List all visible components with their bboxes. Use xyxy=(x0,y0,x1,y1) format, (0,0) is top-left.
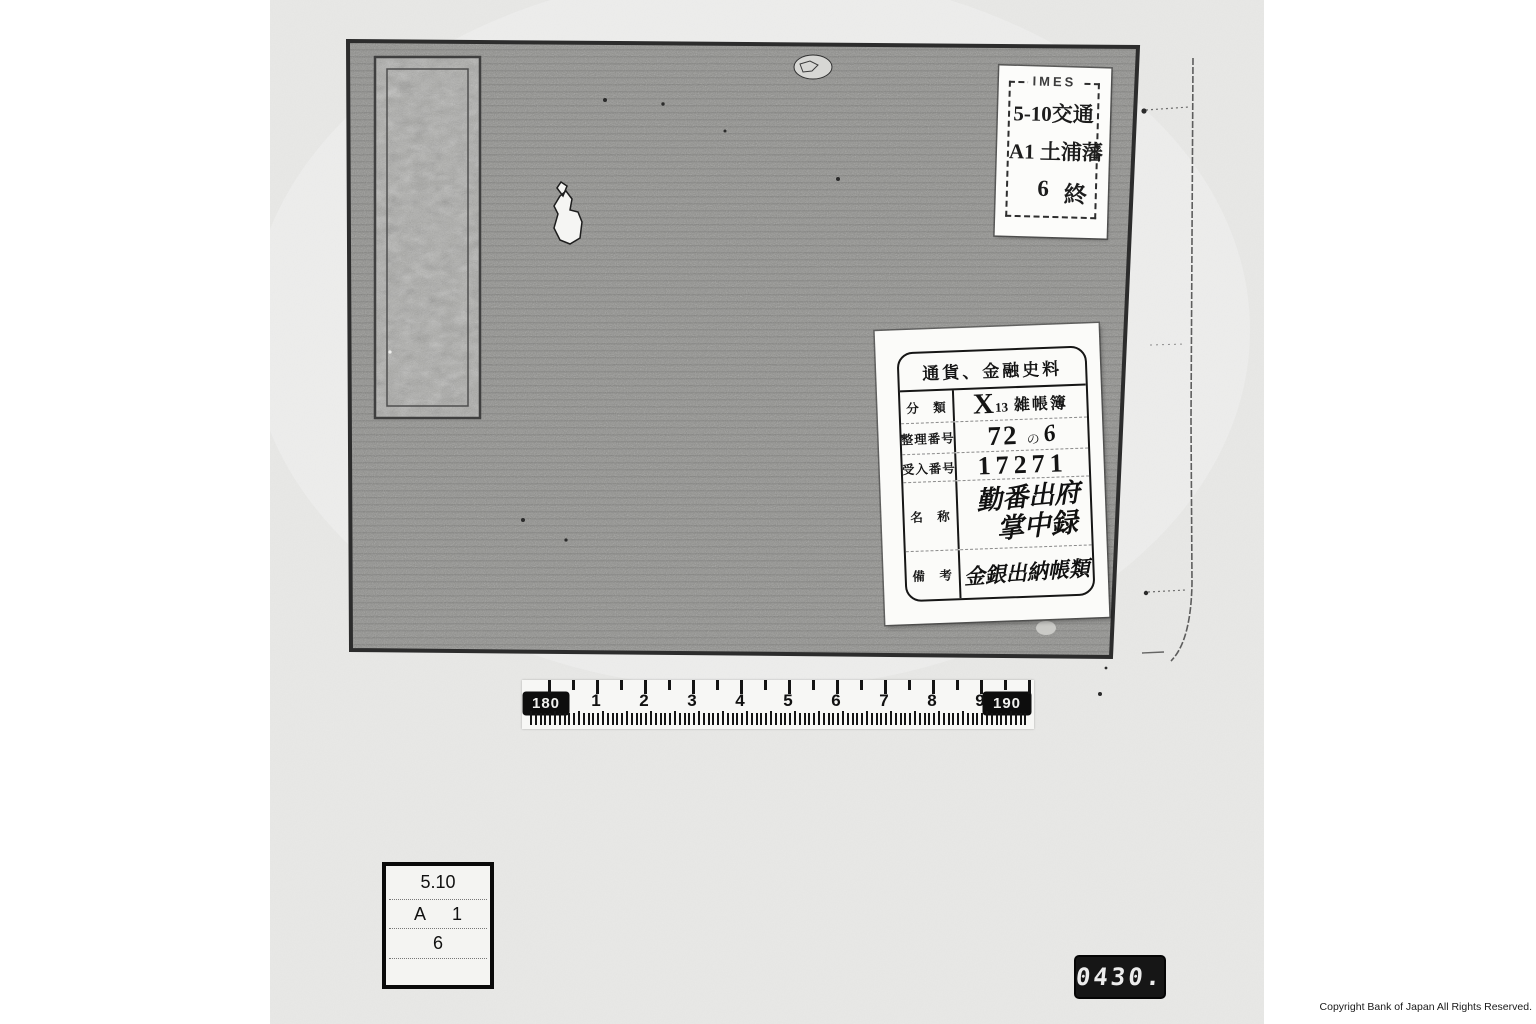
accession-label: 受入番号 xyxy=(902,453,957,482)
classification-corner-box: 5.10 A 1 6 xyxy=(382,862,494,989)
ruler-mm-tick xyxy=(770,711,772,725)
ruler-mm-tick xyxy=(986,711,988,725)
ruler-number: 1 xyxy=(591,691,600,711)
ruler-mm-tick xyxy=(900,713,902,725)
ruler-mm-tick xyxy=(943,713,945,725)
ruler-mm-tick xyxy=(1024,713,1026,725)
ruler-mm-tick xyxy=(602,711,604,725)
frame-counter-digits: 0430. xyxy=(1075,963,1165,991)
paper-fleck-small xyxy=(794,55,832,79)
ruler-mm-tick xyxy=(924,713,926,725)
ruler-mm-tick xyxy=(597,713,599,725)
ruler-tick xyxy=(908,680,911,690)
ruler-mm-tick xyxy=(808,713,810,725)
ruler-mm-tick xyxy=(775,713,777,725)
ruler-mm-tick xyxy=(549,713,551,725)
ruler-mm-tick xyxy=(976,713,978,725)
ruler-mm-tick xyxy=(621,713,623,725)
arrangement-value: 72 の 6 xyxy=(955,417,1088,452)
ruler-mm-tick xyxy=(933,713,935,725)
ruler-mm-tick xyxy=(962,711,964,725)
ruler-mm-tick xyxy=(684,713,686,725)
ruler-mm-tick xyxy=(765,713,767,725)
ruler-mm-tick xyxy=(732,713,734,725)
imes-volume-line: 6 終 xyxy=(1008,175,1096,210)
ruler-mm-tick xyxy=(876,713,878,725)
ruler-mm-tick xyxy=(996,713,998,725)
ruler-mm-tick xyxy=(967,713,969,725)
ruler-number: 8 xyxy=(927,691,936,711)
ruler-mm-tick xyxy=(688,713,690,725)
ruler-tick xyxy=(620,680,623,690)
ruler-mm-tick xyxy=(895,713,897,725)
ruler-mm-tick xyxy=(540,713,542,725)
measurement-ruler: 180 190 123456789 xyxy=(522,680,1034,729)
ruler-mm-tick xyxy=(535,713,537,725)
ruler-tick xyxy=(668,680,671,690)
ruler-tick xyxy=(860,680,863,690)
ruler-mm-tick xyxy=(784,713,786,725)
ruler-right-box: 190 xyxy=(984,693,1030,714)
ruler-number: 6 xyxy=(831,691,840,711)
class-category: 雑帳簿 xyxy=(1013,390,1068,415)
ruler-mm-tick xyxy=(818,711,820,725)
title-slip xyxy=(375,57,480,418)
ruler-mm-tick xyxy=(919,713,921,725)
ruler-mm-tick xyxy=(588,713,590,725)
ruler-mm-tick xyxy=(722,711,724,725)
frame-counter: 0430. xyxy=(1076,957,1164,997)
imes-classification-line: 5-10交通 xyxy=(1010,97,1098,129)
ruler-mm-tick xyxy=(1005,713,1007,725)
remarks-label: 備 考 xyxy=(906,550,962,600)
ruler-mm-tick xyxy=(842,711,844,725)
copyright-notice: Copyright Bank of Japan All Rights Reser… xyxy=(1320,1001,1532,1013)
ruler-mm-tick xyxy=(909,713,911,725)
ruler-mm-tick xyxy=(578,711,580,725)
ruler-number: 4 xyxy=(735,691,744,711)
ruler-mm-tick xyxy=(866,711,868,725)
class-label: 分 類 xyxy=(900,390,955,423)
ruler-mm-tick xyxy=(794,711,796,725)
ruler-number: 9 xyxy=(975,691,984,711)
corner-row-section: 5.10 xyxy=(386,866,490,899)
catalog-row-title: 名 称 勤番出府 掌中録 xyxy=(903,475,1091,551)
corner-row-empty xyxy=(389,958,487,985)
arrangement-label: 整理番号 xyxy=(901,422,956,454)
ruler-mm-tick xyxy=(564,713,566,725)
ruler-mm-tick xyxy=(717,713,719,725)
ruler-mm-tick xyxy=(636,713,638,725)
ruler-mm-tick xyxy=(847,713,849,725)
ruler-tick xyxy=(572,680,575,690)
arrangement-subnumber: 6 xyxy=(1041,420,1058,449)
ruler-mm-tick xyxy=(914,711,916,725)
ruler-mm-tick xyxy=(544,713,546,725)
ruler-mm-tick xyxy=(631,713,633,725)
corner-row-series: A 1 xyxy=(389,899,487,928)
imes-volume-number: 6 xyxy=(1037,176,1049,209)
ruler-mm-tick xyxy=(871,713,873,725)
ruler-mm-tick xyxy=(1000,713,1002,725)
ruler-mm-tick xyxy=(703,713,705,725)
ruler-mm-tick xyxy=(679,713,681,725)
ruler-mm-tick xyxy=(698,711,700,725)
ruler-mm-tick xyxy=(856,713,858,725)
ruler-mm-tick xyxy=(948,713,950,725)
ruler-mm-tick xyxy=(938,711,940,725)
ruler-mm-tick xyxy=(741,713,743,725)
ruler-mm-tick xyxy=(780,713,782,725)
ruler-mm-tick xyxy=(1010,711,1012,725)
ruler-mm-tick xyxy=(708,713,710,725)
catalog-label: 通貨、金融史料 分 類 X 13 雑帳簿 整理番号 72 の 6 xyxy=(875,323,1110,625)
ruler-mm-tick xyxy=(693,713,695,725)
title-value: 勤番出府 掌中録 xyxy=(957,476,1091,549)
ruler-mm-tick xyxy=(607,713,609,725)
arrangement-number: 72 xyxy=(987,422,1019,450)
ruler-mm-tick xyxy=(568,713,570,725)
ruler-mm-tick xyxy=(736,713,738,725)
ruler-mm-tick xyxy=(727,713,729,725)
ruler-mm-tick xyxy=(991,713,993,725)
ruler-mm-tick xyxy=(612,713,614,725)
ruler-mm-tick xyxy=(640,713,642,725)
ruler-mm-tick xyxy=(928,713,930,725)
ruler-mm-tick xyxy=(530,711,532,725)
imes-logo-text: IMES xyxy=(1027,73,1081,89)
ruler-mm-tick xyxy=(712,713,714,725)
catalog-row-remarks: 備 考 金銀出納帳類 xyxy=(906,544,1094,600)
handwritten-remarks: 金銀出納帳類 xyxy=(963,552,1091,591)
ruler-tick xyxy=(716,680,719,690)
imes-domain-line: A1 土浦藩 xyxy=(1009,135,1097,167)
ruler-mm-tick xyxy=(554,711,556,725)
ruler-mm-tick xyxy=(952,713,954,725)
ruler-number: 5 xyxy=(783,691,792,711)
ruler-mm-tick xyxy=(573,713,575,725)
ruler-tick xyxy=(548,680,551,694)
ruler-mm-tick xyxy=(655,713,657,725)
imes-volume-suffix: 終 xyxy=(1064,176,1088,209)
ruler-mm-tick xyxy=(650,711,652,725)
ruler-mm-tick xyxy=(861,713,863,725)
ruler-tick xyxy=(812,680,815,690)
ruler-mm-tick xyxy=(1020,713,1022,725)
scanned-photo-area: IMES 5-10交通 A1 土浦藩 6 終 通貨、金融史料 分 類 X 13 … xyxy=(270,0,1264,1024)
class-number: 13 xyxy=(995,399,1009,415)
ruler-mm-tick xyxy=(660,713,662,725)
title-label: 名 称 xyxy=(903,481,959,551)
arrangement-particle: の xyxy=(1026,428,1040,447)
ruler-mm-tick xyxy=(823,713,825,725)
corner-row-volume: 6 xyxy=(389,928,487,958)
ruler-tick xyxy=(1028,680,1031,694)
ruler-number: 7 xyxy=(879,691,888,711)
ruler-mm-tick xyxy=(880,713,882,725)
ruler-mm-tick xyxy=(789,713,791,725)
ruler-mm-tick xyxy=(890,711,892,725)
title-line-2: 掌中録 xyxy=(996,508,1079,545)
ruler-mm-tick xyxy=(837,713,839,725)
ruler-mm-tick xyxy=(904,713,906,725)
ruler-mm-tick xyxy=(559,713,561,725)
corner-series-number: 1 xyxy=(452,904,462,925)
ruler-mm-tick xyxy=(972,713,974,725)
ruler-mm-tick xyxy=(664,713,666,725)
remarks-value: 金銀出納帳類 xyxy=(960,545,1094,598)
ruler-tick xyxy=(1004,680,1007,690)
corner-volume-number: 6 xyxy=(433,933,443,954)
ruler-mm-tick xyxy=(828,713,830,725)
ruler-mm-tick xyxy=(813,713,815,725)
imes-dashed-box: IMES 5-10交通 A1 土浦藩 6 終 xyxy=(1005,81,1100,219)
ruler-number: 3 xyxy=(687,691,696,711)
ruler-number: 2 xyxy=(639,691,648,711)
ruler-mm-tick xyxy=(626,711,628,725)
ruler-mm-tick xyxy=(804,713,806,725)
ruler-tick xyxy=(956,680,959,690)
imes-shelf-label: IMES 5-10交通 A1 土浦藩 6 終 xyxy=(995,65,1112,238)
ruler-mm-tick xyxy=(981,713,983,725)
class-value: X 13 雑帳簿 xyxy=(954,386,1087,422)
ruler-mm-tick xyxy=(957,713,959,725)
ruler-mm-tick xyxy=(852,713,854,725)
class-letter: X xyxy=(972,390,994,420)
ruler-mm-tick xyxy=(885,713,887,725)
ruler-mm-tick xyxy=(674,711,676,725)
handwritten-title: 勤番出府 掌中録 xyxy=(965,478,1084,547)
ruler-mm-tick xyxy=(751,713,753,725)
ruler-tick xyxy=(764,680,767,690)
ruler-mm-tick xyxy=(746,711,748,725)
ruler-mm-tick xyxy=(756,713,758,725)
ruler-mm-tick xyxy=(592,713,594,725)
archive-scan-page: IMES 5-10交通 A1 土浦藩 6 終 通貨、金融史料 分 類 X 13 … xyxy=(0,0,1536,1024)
ruler-mm-tick xyxy=(645,713,647,725)
ruler-mm-tick xyxy=(583,713,585,725)
corner-section-number: 5.10 xyxy=(420,872,455,893)
ruler-mm-tick xyxy=(616,713,618,725)
ruler-mm-tick xyxy=(832,713,834,725)
ruler-mm-tick xyxy=(799,713,801,725)
ruler-mm-tick xyxy=(1015,713,1017,725)
ruler-mm-tick xyxy=(760,713,762,725)
ruler-mm-tick xyxy=(669,713,671,725)
paper-fleck-bottom xyxy=(1036,621,1056,635)
corner-series-letter: A xyxy=(414,904,426,925)
catalog-table: 通貨、金融史料 分 類 X 13 雑帳簿 整理番号 72 の 6 xyxy=(896,345,1095,602)
